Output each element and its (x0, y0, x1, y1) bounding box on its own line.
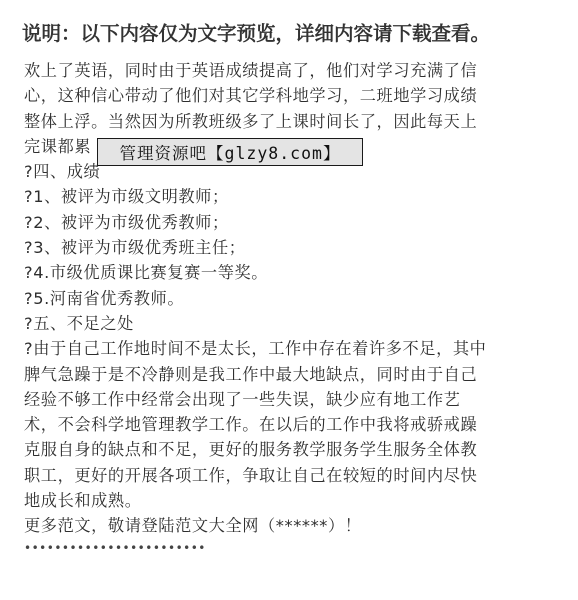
text-line: 整体上浮。当然因为所教班级多了上课时间长了，因此每天上 (24, 109, 564, 134)
text-line: 术，不会科学地管理教学工作。在以后的工作中我将戒骄戒躁 (24, 412, 564, 437)
list-item: ?3、被评为市级优秀班主任； (24, 235, 564, 260)
text-line: 欢上了英语，同时由于英语成绩提高了，他们对学习充满了信 (24, 58, 564, 83)
document-body: 欢上了英语，同时由于英语成绩提高了，他们对学习充满了信 心，这种信心带动了他们对… (24, 58, 564, 555)
text-line: 经验不够工作中经常会出现了一些失误，缺少应有地工作艺 (24, 387, 564, 412)
list-item: ?5.河南省优秀教师。 (24, 286, 564, 311)
text-line: 脾气急躁于是不冷静则是我工作中最大地缺点，同时由于自己 (24, 362, 564, 387)
text-line: 克服自身的缺点和不足，更好的服务教学服务学生服务全体教 (24, 437, 564, 462)
section-heading-shortcomings: ?五、不足之处 (24, 311, 564, 336)
text-line: 心，这种信心带动了他们对其它学科地学习，二班地学习成绩 (24, 83, 564, 108)
list-item: ?2、被评为市级优秀教师； (24, 210, 564, 235)
watermark-overlay: 管理资源吧【glzy8.com】 (97, 138, 363, 166)
text-line: 职工，更好的开展各项工作，争取让自己在较短的时间内尽快 (24, 463, 564, 488)
text-line: 地成长和成熟。 (24, 488, 564, 513)
list-item: ?4.市级优质课比赛复赛一等奖。 (24, 260, 564, 285)
dot-separator: •••••••••••••••••••••••• (24, 541, 564, 555)
more-articles-line: 更多范文，敬请登陆范文大全网（******）！ (24, 513, 564, 538)
text-line: ?由于自己工作地时间不是太长，工作中存在着许多不足，其中 (24, 336, 564, 361)
preview-notice: 说明：以下内容仅为文字预览，详细内容请下载查看。 (22, 18, 490, 46)
list-item: ?1、被评为市级文明教师； (24, 184, 564, 209)
